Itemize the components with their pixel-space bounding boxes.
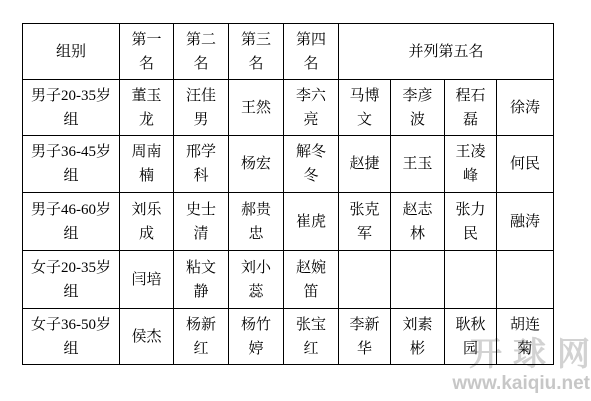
group-cell: 男子20-35岁组 xyxy=(23,80,120,136)
header-fourth-place: 第四名 xyxy=(284,24,339,80)
fifth-place-cell: 赵志林 xyxy=(391,193,445,251)
first-place-cell: 闫培 xyxy=(120,251,174,309)
watermark-url: www.kaiqiu.net xyxy=(452,374,590,393)
fifth-place-cell xyxy=(339,251,391,309)
table-row-men-46-60: 男子46-60岁组 刘乐成 史士清 郝贵忠 崔虎 张克军 赵志林 张力民 融涛 xyxy=(23,193,554,251)
fourth-place-cell: 解冬冬 xyxy=(284,136,339,193)
third-place-cell: 刘小蕊 xyxy=(229,251,284,309)
group-cell: 男子36-45岁组 xyxy=(23,136,120,193)
fifth-place-cell: 刘素彬 xyxy=(391,309,445,365)
second-place-cell: 粘文静 xyxy=(174,251,229,309)
table-row-men-36-45: 男子36-45岁组 周南楠 邢学科 杨宏 解冬冬 赵捷 王玉 王凌峰 何民 xyxy=(23,136,554,193)
fifth-place-cell: 何民 xyxy=(497,136,554,193)
fifth-place-cell: 张克军 xyxy=(339,193,391,251)
fifth-place-cell: 胡连菊 xyxy=(497,309,554,365)
table-row-women-36-50: 女子36-50岁组 侯杰 杨新红 杨竹婷 张宝红 李新华 刘素彬 耿秋园 胡连菊 xyxy=(23,309,554,365)
second-place-cell: 杨新红 xyxy=(174,309,229,365)
fourth-place-cell: 赵婉笛 xyxy=(284,251,339,309)
third-place-cell: 杨竹婷 xyxy=(229,309,284,365)
header-first-place: 第一名 xyxy=(120,24,174,80)
third-place-cell: 郝贵忠 xyxy=(229,193,284,251)
table-row-women-20-35: 女子20-35岁组 闫培 粘文静 刘小蕊 赵婉笛 xyxy=(23,251,554,309)
header-row: 组别 第一名 第二名 第三名 第四名 并列第五名 xyxy=(23,24,554,80)
second-place-cell: 史士清 xyxy=(174,193,229,251)
header-second-place: 第二名 xyxy=(174,24,229,80)
fifth-place-cell: 王玉 xyxy=(391,136,445,193)
header-tied-fifth-place: 并列第五名 xyxy=(339,24,554,80)
fifth-place-cell xyxy=(497,251,554,309)
fifth-place-cell: 融涛 xyxy=(497,193,554,251)
second-place-cell: 邢学科 xyxy=(174,136,229,193)
second-place-cell: 汪佳男 xyxy=(174,80,229,136)
fourth-place-cell: 张宝红 xyxy=(284,309,339,365)
third-place-cell: 杨宏 xyxy=(229,136,284,193)
group-cell: 男子46-60岁组 xyxy=(23,193,120,251)
fifth-place-cell: 徐涛 xyxy=(497,80,554,136)
fourth-place-cell: 李六亮 xyxy=(284,80,339,136)
fifth-place-cell: 耿秋园 xyxy=(445,309,497,365)
group-cell: 女子20-35岁组 xyxy=(23,251,120,309)
fifth-place-cell: 赵捷 xyxy=(339,136,391,193)
fifth-place-cell: 李彦波 xyxy=(391,80,445,136)
fourth-place-cell: 崔虎 xyxy=(284,193,339,251)
third-place-cell: 王然 xyxy=(229,80,284,136)
first-place-cell: 刘乐成 xyxy=(120,193,174,251)
header-third-place: 第三名 xyxy=(229,24,284,80)
fifth-place-cell: 马博文 xyxy=(339,80,391,136)
first-place-cell: 董玉龙 xyxy=(120,80,174,136)
results-table: 组别 第一名 第二名 第三名 第四名 并列第五名 男子20-35岁组 董玉龙 汪… xyxy=(22,23,554,365)
group-cell: 女子36-50岁组 xyxy=(23,309,120,365)
first-place-cell: 周南楠 xyxy=(120,136,174,193)
table-row-men-20-35: 男子20-35岁组 董玉龙 汪佳男 王然 李六亮 马博文 李彦波 程石磊 徐涛 xyxy=(23,80,554,136)
fifth-place-cell: 程石磊 xyxy=(445,80,497,136)
fifth-place-cell: 张力民 xyxy=(445,193,497,251)
first-place-cell: 侯杰 xyxy=(120,309,174,365)
fifth-place-cell xyxy=(445,251,497,309)
page: 组别 第一名 第二名 第三名 第四名 并列第五名 男子20-35岁组 董玉龙 汪… xyxy=(0,0,591,401)
fifth-place-cell: 李新华 xyxy=(339,309,391,365)
header-group: 组别 xyxy=(23,24,120,80)
fifth-place-cell: 王凌峰 xyxy=(445,136,497,193)
fifth-place-cell xyxy=(391,251,445,309)
